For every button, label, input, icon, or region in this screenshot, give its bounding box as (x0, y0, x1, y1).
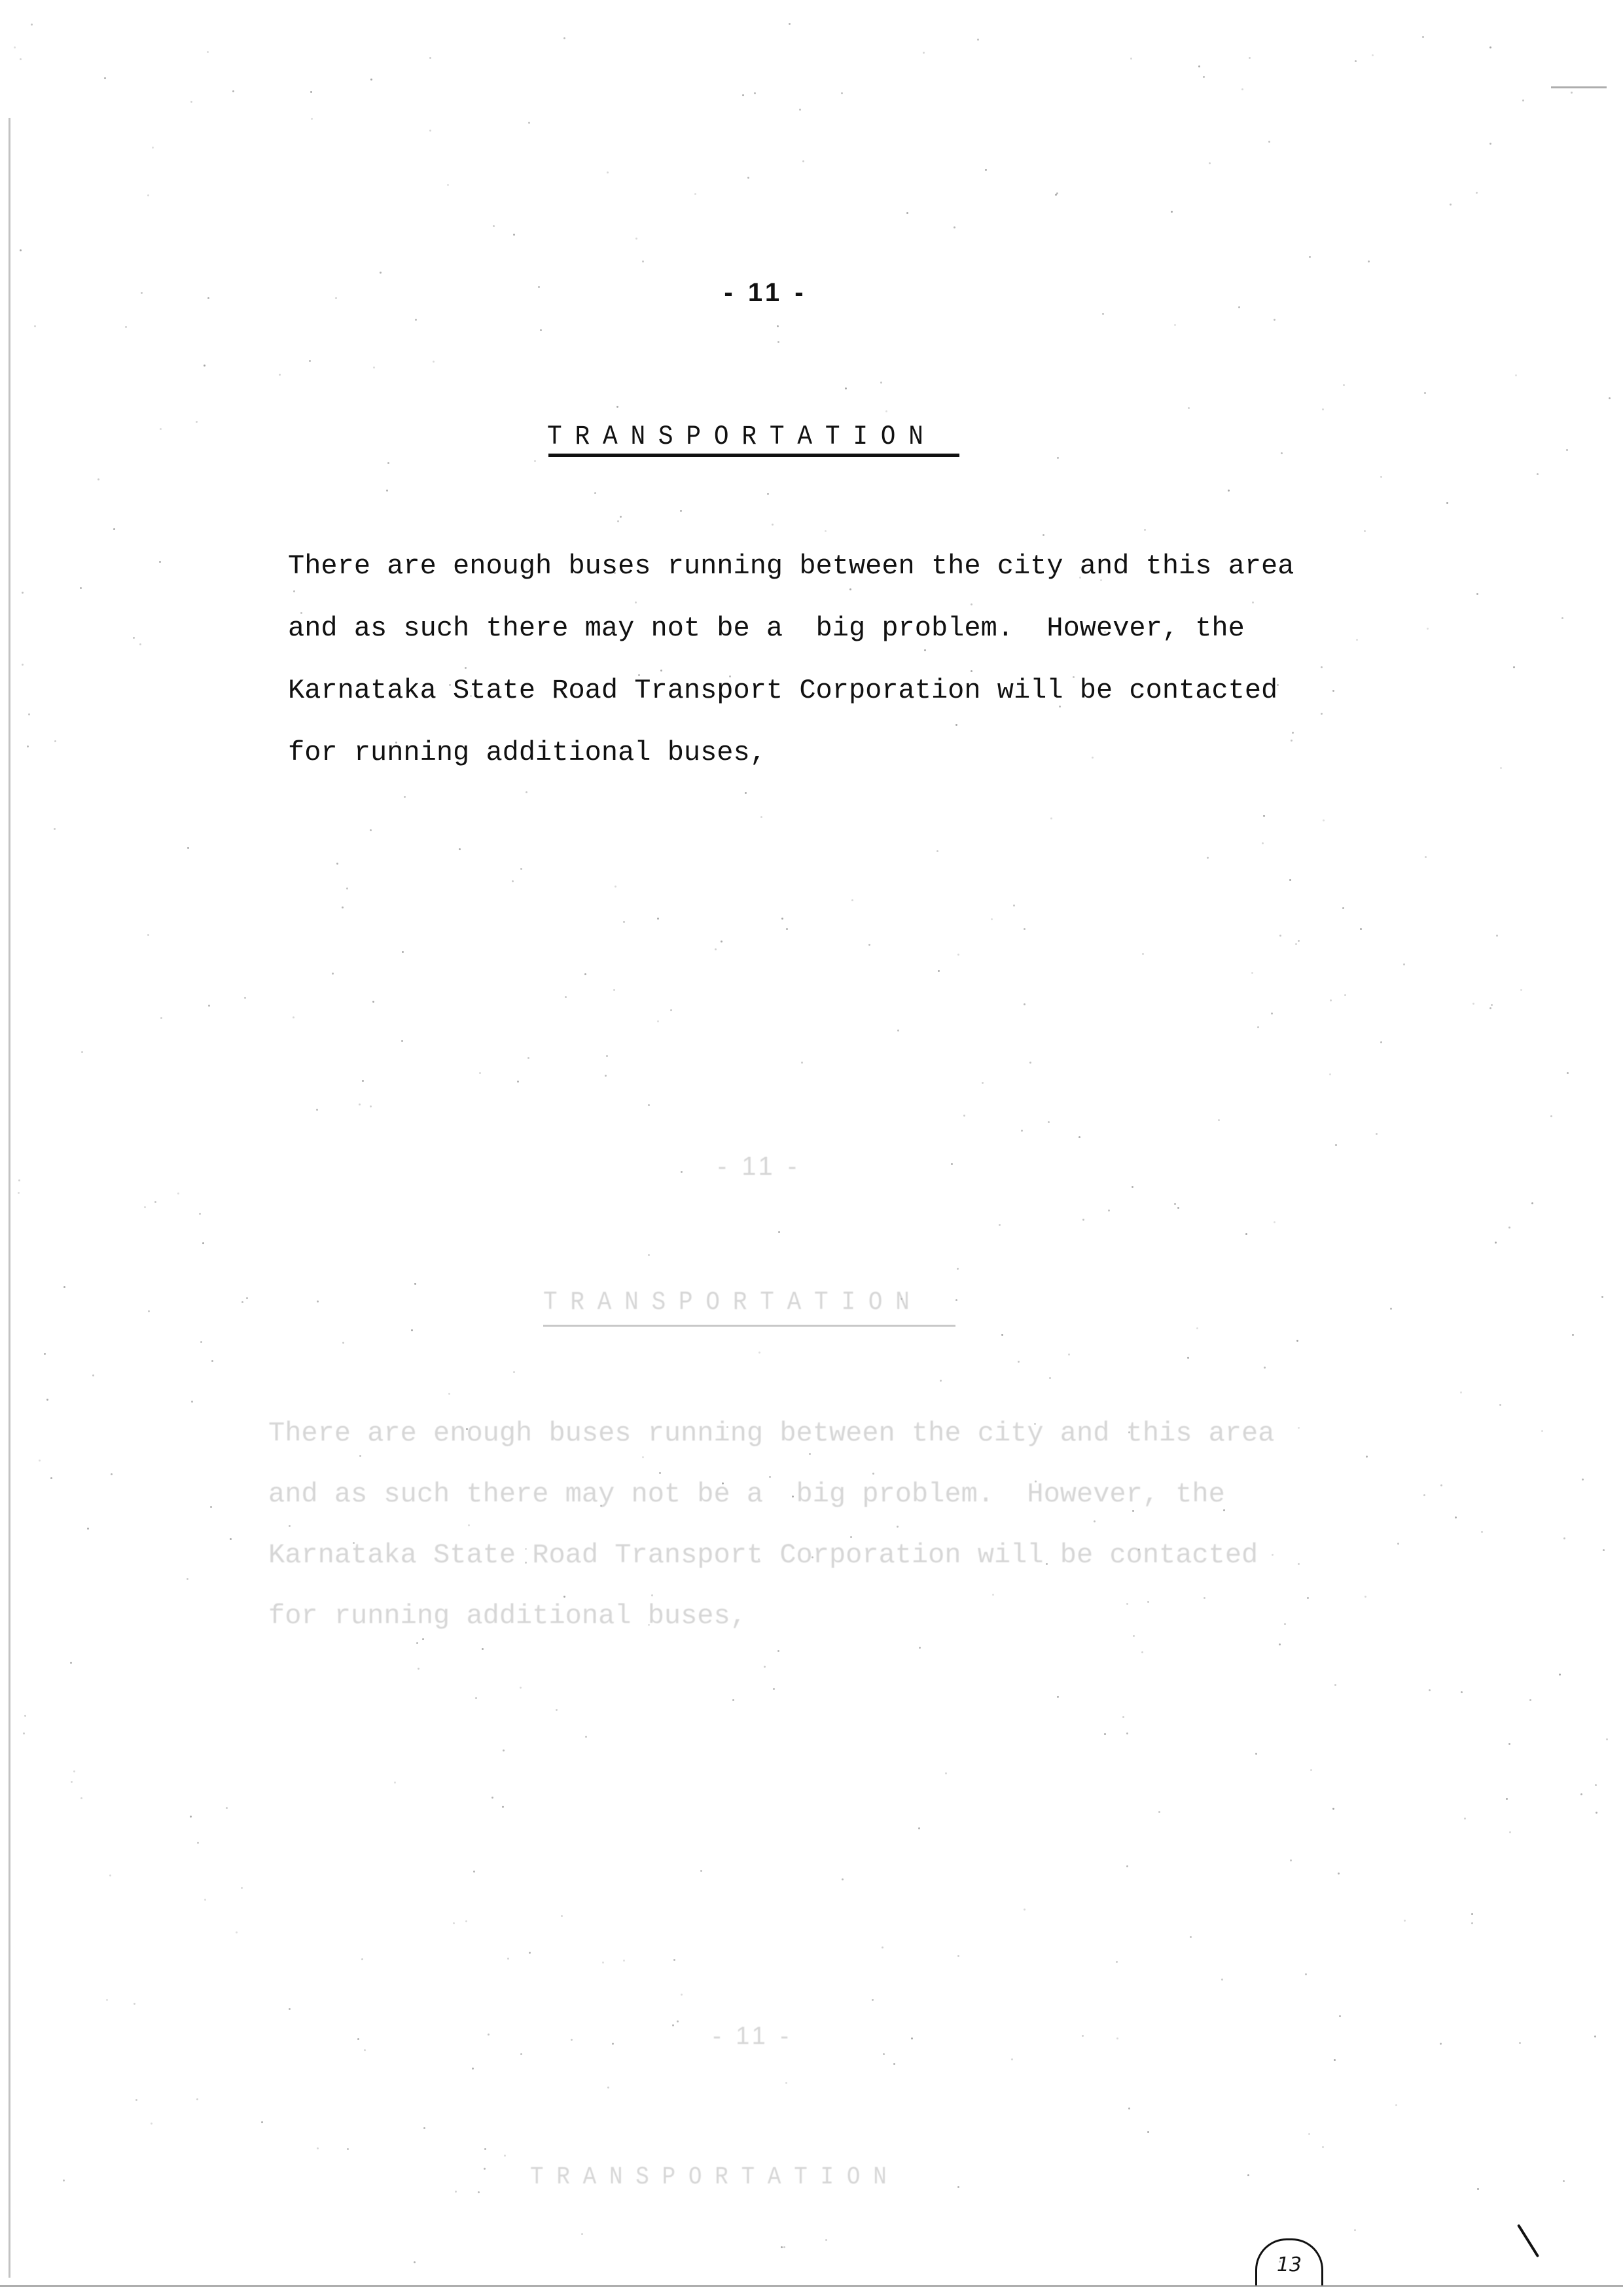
speck (20, 249, 22, 251)
speck (1174, 1203, 1176, 1205)
speck (1322, 408, 1324, 410)
speck (359, 1103, 361, 1105)
speck (1196, 1327, 1198, 1329)
speck (1291, 740, 1293, 742)
speck (484, 2168, 486, 2170)
speck (882, 1946, 883, 1948)
speck (1263, 815, 1265, 817)
speck (1508, 1743, 1510, 1745)
speck (1271, 1013, 1273, 1014)
speck (1364, 530, 1366, 532)
speck (50, 1477, 52, 1479)
speck (951, 1163, 953, 1165)
speck (111, 1473, 113, 1475)
speck (883, 2053, 885, 2055)
speck (525, 1562, 527, 1564)
speck (1050, 817, 1052, 819)
pen-stroke (1517, 2224, 1539, 2257)
speck (1460, 1391, 1462, 1393)
speck (1531, 1202, 1533, 1204)
speck (700, 1870, 702, 1872)
scanned-page: - 11 - TRANSPORTATION There are enough b… (0, 0, 1623, 2296)
speck (1284, 1623, 1286, 1625)
speck (63, 1286, 65, 1288)
speck (402, 951, 404, 953)
speck (1429, 1689, 1431, 1691)
speck (1332, 690, 1334, 692)
speck (418, 1668, 419, 1670)
speck (520, 1687, 522, 1689)
speck (361, 1958, 363, 1960)
speck (28, 713, 30, 715)
speck (1520, 989, 1522, 991)
speck (635, 238, 637, 240)
speck (520, 868, 522, 870)
speck (1247, 2174, 1249, 2176)
speck (1147, 2131, 1149, 2133)
speck (141, 292, 143, 294)
speck (1144, 529, 1146, 531)
speck (71, 1781, 73, 1783)
speck (617, 520, 619, 522)
speck (1238, 306, 1240, 308)
speck (758, 1558, 760, 1560)
speck (513, 234, 515, 236)
speck (651, 1594, 653, 1596)
speck (1360, 928, 1362, 930)
speck (1355, 60, 1357, 62)
speck (1594, 2036, 1596, 2037)
speck (1338, 1873, 1340, 1874)
speck (507, 1958, 509, 1960)
speck (1177, 1207, 1179, 1209)
speck (1550, 1115, 1552, 1117)
ghost-page-number-lower: - 11 - (687, 2022, 818, 2051)
speck (1142, 953, 1144, 955)
speck (1334, 1684, 1336, 1686)
speck (24, 1715, 26, 1717)
speck (1218, 1119, 1220, 1121)
speck (1021, 1130, 1023, 1132)
speck (1446, 502, 1448, 504)
speck (1046, 1563, 1048, 1565)
speck (484, 2148, 486, 2150)
speck (777, 1650, 779, 1652)
speck (955, 1299, 957, 1301)
speck (1082, 1219, 1084, 1221)
speck (353, 1542, 355, 1544)
speck (27, 745, 29, 747)
speck (187, 1578, 188, 1580)
speck (1563, 1537, 1565, 1539)
speck (809, 1453, 811, 1455)
speck (470, 695, 472, 697)
speck (1126, 1865, 1128, 1867)
speck (732, 1699, 734, 1701)
speck (963, 1115, 965, 1117)
speck (1440, 2043, 1442, 2045)
speck (527, 1057, 529, 1059)
speck (999, 1224, 1001, 1226)
speck (1011, 2058, 1013, 2060)
speck (310, 91, 312, 93)
speck (236, 1931, 238, 1933)
speck (722, 1482, 724, 1484)
speck (342, 1342, 344, 1344)
speck (1228, 490, 1230, 492)
speck (493, 225, 495, 227)
speck (517, 1081, 519, 1083)
speck (616, 406, 618, 408)
speck (1390, 1308, 1392, 1310)
speck (1094, 1520, 1096, 1522)
ghost-line: Karnataka State Road Transport Corporati… (268, 1535, 1250, 1596)
speck (1104, 1733, 1106, 1735)
ghost-underline (543, 1325, 955, 1327)
speck (792, 1496, 794, 1498)
speck (22, 592, 24, 594)
speck (139, 643, 141, 645)
speck (602, 1962, 604, 1964)
speck (773, 1688, 775, 1690)
speck (694, 193, 696, 195)
speck (1241, 88, 1243, 90)
speck (335, 297, 337, 299)
speck (811, 1556, 813, 1558)
speck (1057, 1696, 1059, 1698)
speck (841, 92, 843, 94)
speck (1104, 631, 1106, 633)
speck (22, 664, 24, 666)
speck (585, 1736, 587, 1738)
speck (845, 387, 847, 389)
speck (125, 326, 127, 328)
speck (226, 1807, 228, 1809)
speck (387, 462, 389, 464)
speck (581, 2233, 583, 2235)
speck (160, 428, 162, 430)
speck (1477, 2188, 1479, 2190)
speck (20, 58, 22, 60)
speck (1133, 1635, 1135, 1637)
speck (783, 2246, 785, 2248)
speck (244, 997, 246, 999)
speck (1364, 1596, 1366, 1598)
speck (241, 1301, 243, 1303)
speck (1471, 1922, 1473, 1924)
speck (422, 1638, 424, 1640)
speck (1130, 58, 1132, 60)
speck (584, 973, 586, 975)
speck (199, 1213, 201, 1215)
speck (73, 1770, 75, 1772)
speck (148, 1310, 150, 1312)
speck (1296, 1340, 1298, 1342)
speck (109, 1874, 111, 1876)
speck (1310, 1769, 1312, 1771)
speck (197, 1842, 199, 1844)
speck (534, 460, 536, 462)
speck (401, 1040, 403, 1042)
heading-underline (548, 454, 959, 457)
speck (613, 989, 615, 991)
speck (786, 928, 788, 930)
speck (1264, 1367, 1266, 1369)
speck (196, 421, 198, 423)
speck (924, 649, 926, 651)
speck (346, 888, 348, 889)
speck (1450, 204, 1452, 206)
page-edge-left (9, 118, 10, 2278)
speck (491, 1797, 493, 1799)
speck (34, 325, 36, 327)
speck (39, 1460, 41, 1462)
speck (1049, 1377, 1051, 1379)
speck (992, 1594, 994, 1596)
speck (772, 524, 774, 526)
speck (1092, 757, 1094, 759)
speck (648, 1104, 650, 1106)
speck (520, 2053, 522, 2055)
speck (98, 478, 99, 480)
speck (1609, 397, 1611, 399)
speck (190, 101, 192, 103)
speck (1489, 46, 1491, 48)
speck (1057, 457, 1059, 459)
speck (1491, 1004, 1493, 1006)
speck (160, 1017, 162, 1019)
paragraph-line: Karnataka State Road Transport Corporati… (288, 671, 1270, 733)
speck (54, 828, 56, 830)
speck (1572, 1334, 1574, 1336)
speck (897, 1526, 899, 1528)
speck (673, 1959, 675, 1961)
speck (1128, 1431, 1130, 1433)
speck (742, 94, 744, 96)
speck (1368, 260, 1370, 262)
speck (1289, 879, 1291, 881)
speck (207, 51, 209, 53)
speck (1332, 1808, 1334, 1810)
speck (207, 297, 209, 299)
speck (1395, 2104, 1397, 2106)
speck (648, 1254, 650, 1256)
speck (332, 973, 334, 975)
speck (241, 1887, 243, 1889)
speck (1171, 211, 1173, 213)
speck (1563, 2180, 1565, 2182)
speck (1339, 2015, 1341, 2017)
speck (465, 667, 467, 669)
speck (726, 1426, 728, 1428)
speck (670, 1009, 672, 1011)
speck (1499, 1404, 1501, 1406)
speck (1500, 767, 1502, 769)
speck (880, 382, 882, 384)
speck (977, 39, 979, 41)
speck (1298, 1563, 1300, 1565)
speck (957, 954, 959, 956)
ghost-heading-lower: TRANSPORTATION (530, 2163, 900, 2191)
speck (473, 1871, 475, 1873)
speck (911, 2037, 913, 2039)
speck (1305, 1973, 1307, 1975)
speck (1580, 1793, 1582, 1795)
speck (1279, 935, 1281, 937)
speck (1268, 141, 1270, 143)
speck (758, 1352, 760, 1354)
speck (211, 1360, 213, 1362)
speck (1489, 1007, 1491, 1009)
speck (1108, 1210, 1110, 1211)
speck (660, 670, 662, 672)
speck (945, 1772, 947, 1774)
speck (1380, 1041, 1382, 1043)
speck (1158, 1811, 1160, 1813)
speck (556, 1709, 558, 1711)
speck (1404, 1920, 1406, 1922)
speck (868, 944, 870, 946)
speck (1309, 256, 1311, 258)
speck (789, 23, 791, 25)
speck (87, 1528, 89, 1530)
speck (204, 365, 205, 367)
speck (279, 374, 281, 376)
speck (1423, 1494, 1425, 1496)
speck (187, 847, 189, 849)
speck (1440, 1484, 1442, 1486)
speck (147, 194, 149, 196)
speck (1424, 392, 1426, 394)
speck (447, 184, 449, 186)
ghost-page-number: - 11 - (694, 1152, 825, 1181)
speck (681, 1171, 683, 1173)
speck (429, 130, 431, 132)
speck (991, 918, 993, 920)
speck (63, 2179, 65, 2181)
speck (364, 2049, 366, 2051)
speck (1541, 1430, 1543, 1432)
speck (414, 1283, 416, 1285)
page-edge-bottom (0, 2285, 1623, 2287)
speck (594, 492, 596, 494)
speck (1043, 534, 1044, 536)
speck (317, 2147, 319, 2149)
speck (1509, 1831, 1511, 1833)
speck (1079, 577, 1081, 579)
speck (1471, 1913, 1473, 1915)
speck (362, 1080, 364, 1082)
speck (92, 1374, 94, 1376)
speck (357, 2038, 359, 2040)
speck (1307, 1597, 1309, 1599)
speck (370, 829, 372, 831)
speck (1425, 856, 1427, 858)
speck (513, 1371, 515, 1373)
speck (1116, 2037, 1118, 2039)
paragraph-line: and as such there may not be a big probl… (288, 609, 1270, 671)
speck (113, 528, 115, 530)
speck (1187, 1357, 1189, 1359)
speck (957, 2186, 959, 2188)
speck (1132, 1186, 1133, 1188)
speck (1001, 1334, 1003, 1336)
speck (152, 147, 154, 149)
speck (1102, 313, 1104, 315)
speck (144, 1206, 146, 1208)
speck (825, 530, 827, 532)
speck (648, 1624, 650, 1626)
speck (1018, 1361, 1020, 1363)
speck (1334, 2059, 1336, 2061)
speck (1403, 963, 1405, 965)
speck (416, 1642, 418, 1644)
speck (607, 2087, 609, 2089)
speck (982, 1082, 984, 1084)
speck (1221, 1979, 1223, 1981)
speck (1257, 1026, 1259, 1028)
speck (657, 1020, 659, 1022)
speck (459, 848, 461, 850)
speck (897, 1030, 899, 1031)
speck (1513, 666, 1515, 668)
speck (1559, 1674, 1561, 1676)
speck (1596, 1812, 1597, 1814)
speck (1366, 1456, 1368, 1458)
speck (372, 1001, 374, 1003)
speck (1188, 407, 1190, 409)
speck (1356, 639, 1358, 641)
speck (606, 1055, 608, 1057)
speck (623, 921, 625, 923)
speck (906, 212, 908, 214)
speck (504, 2155, 506, 2157)
speck (1397, 1543, 1399, 1545)
speck (1606, 1738, 1608, 1740)
speck (1495, 1242, 1497, 1244)
speck (488, 2034, 490, 2036)
speck (415, 319, 417, 321)
speck (1567, 1072, 1569, 1074)
speck (80, 1797, 82, 1799)
speck (1013, 905, 1015, 906)
speck (1281, 452, 1283, 454)
speck (210, 1506, 212, 1508)
speck (1073, 676, 1075, 678)
speck (825, 2239, 827, 2241)
speck (850, 1536, 852, 1538)
speck (526, 791, 527, 793)
speck (747, 177, 749, 179)
speck (1603, 1549, 1605, 1551)
speck (133, 637, 135, 639)
speck (1506, 1798, 1508, 1800)
speck (1147, 1601, 1149, 1603)
speck (1100, 579, 1102, 581)
speck (1251, 972, 1253, 974)
speck (18, 1192, 20, 1194)
speck (1335, 1144, 1337, 1146)
speck (293, 590, 295, 592)
speck (849, 588, 851, 590)
speck (54, 740, 56, 742)
speck (31, 24, 33, 26)
speck (1207, 857, 1209, 859)
speck (729, 675, 731, 677)
speck (1455, 1516, 1457, 1518)
ghost-paragraph: There are enough buses running between t… (268, 1414, 1250, 1657)
speck (919, 1647, 921, 1649)
